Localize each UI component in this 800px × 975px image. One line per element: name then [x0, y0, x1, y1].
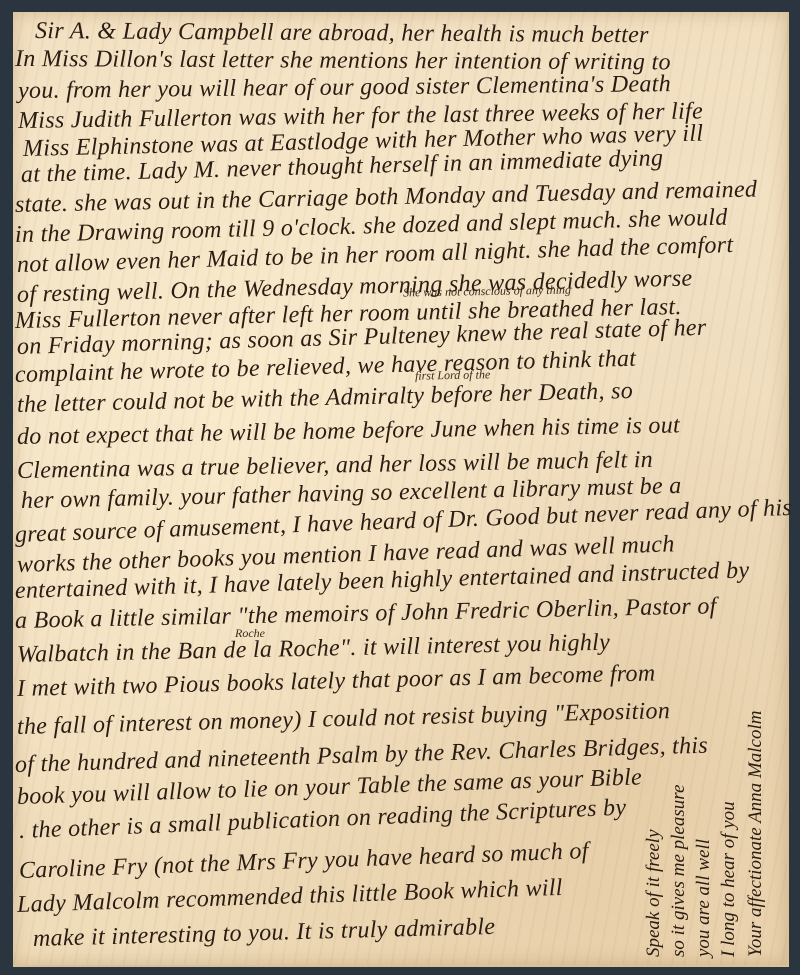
letter-page: Sir A. & Lady Campbell are abroad, her h…	[13, 12, 789, 967]
margin-note-2: I long to hear of you	[718, 801, 740, 957]
margin-note-5: Speak of it freely	[643, 830, 665, 958]
margin-note-3: you are all well	[693, 839, 715, 957]
margin-note-4: so it gives me pleasure	[668, 785, 690, 957]
letter-line-1: Sir A. & Lady Campbell are abroad, her h…	[35, 18, 649, 49]
letter-line-30: make it interesting to you. It is truly …	[33, 914, 496, 953]
letter-line-24: the fall of interest on money) I could n…	[17, 698, 671, 741]
letter-line-15: do not expect that he will be home befor…	[17, 412, 680, 451]
margin-note-signature: Your affectionate Anna Malcolm	[745, 711, 767, 957]
